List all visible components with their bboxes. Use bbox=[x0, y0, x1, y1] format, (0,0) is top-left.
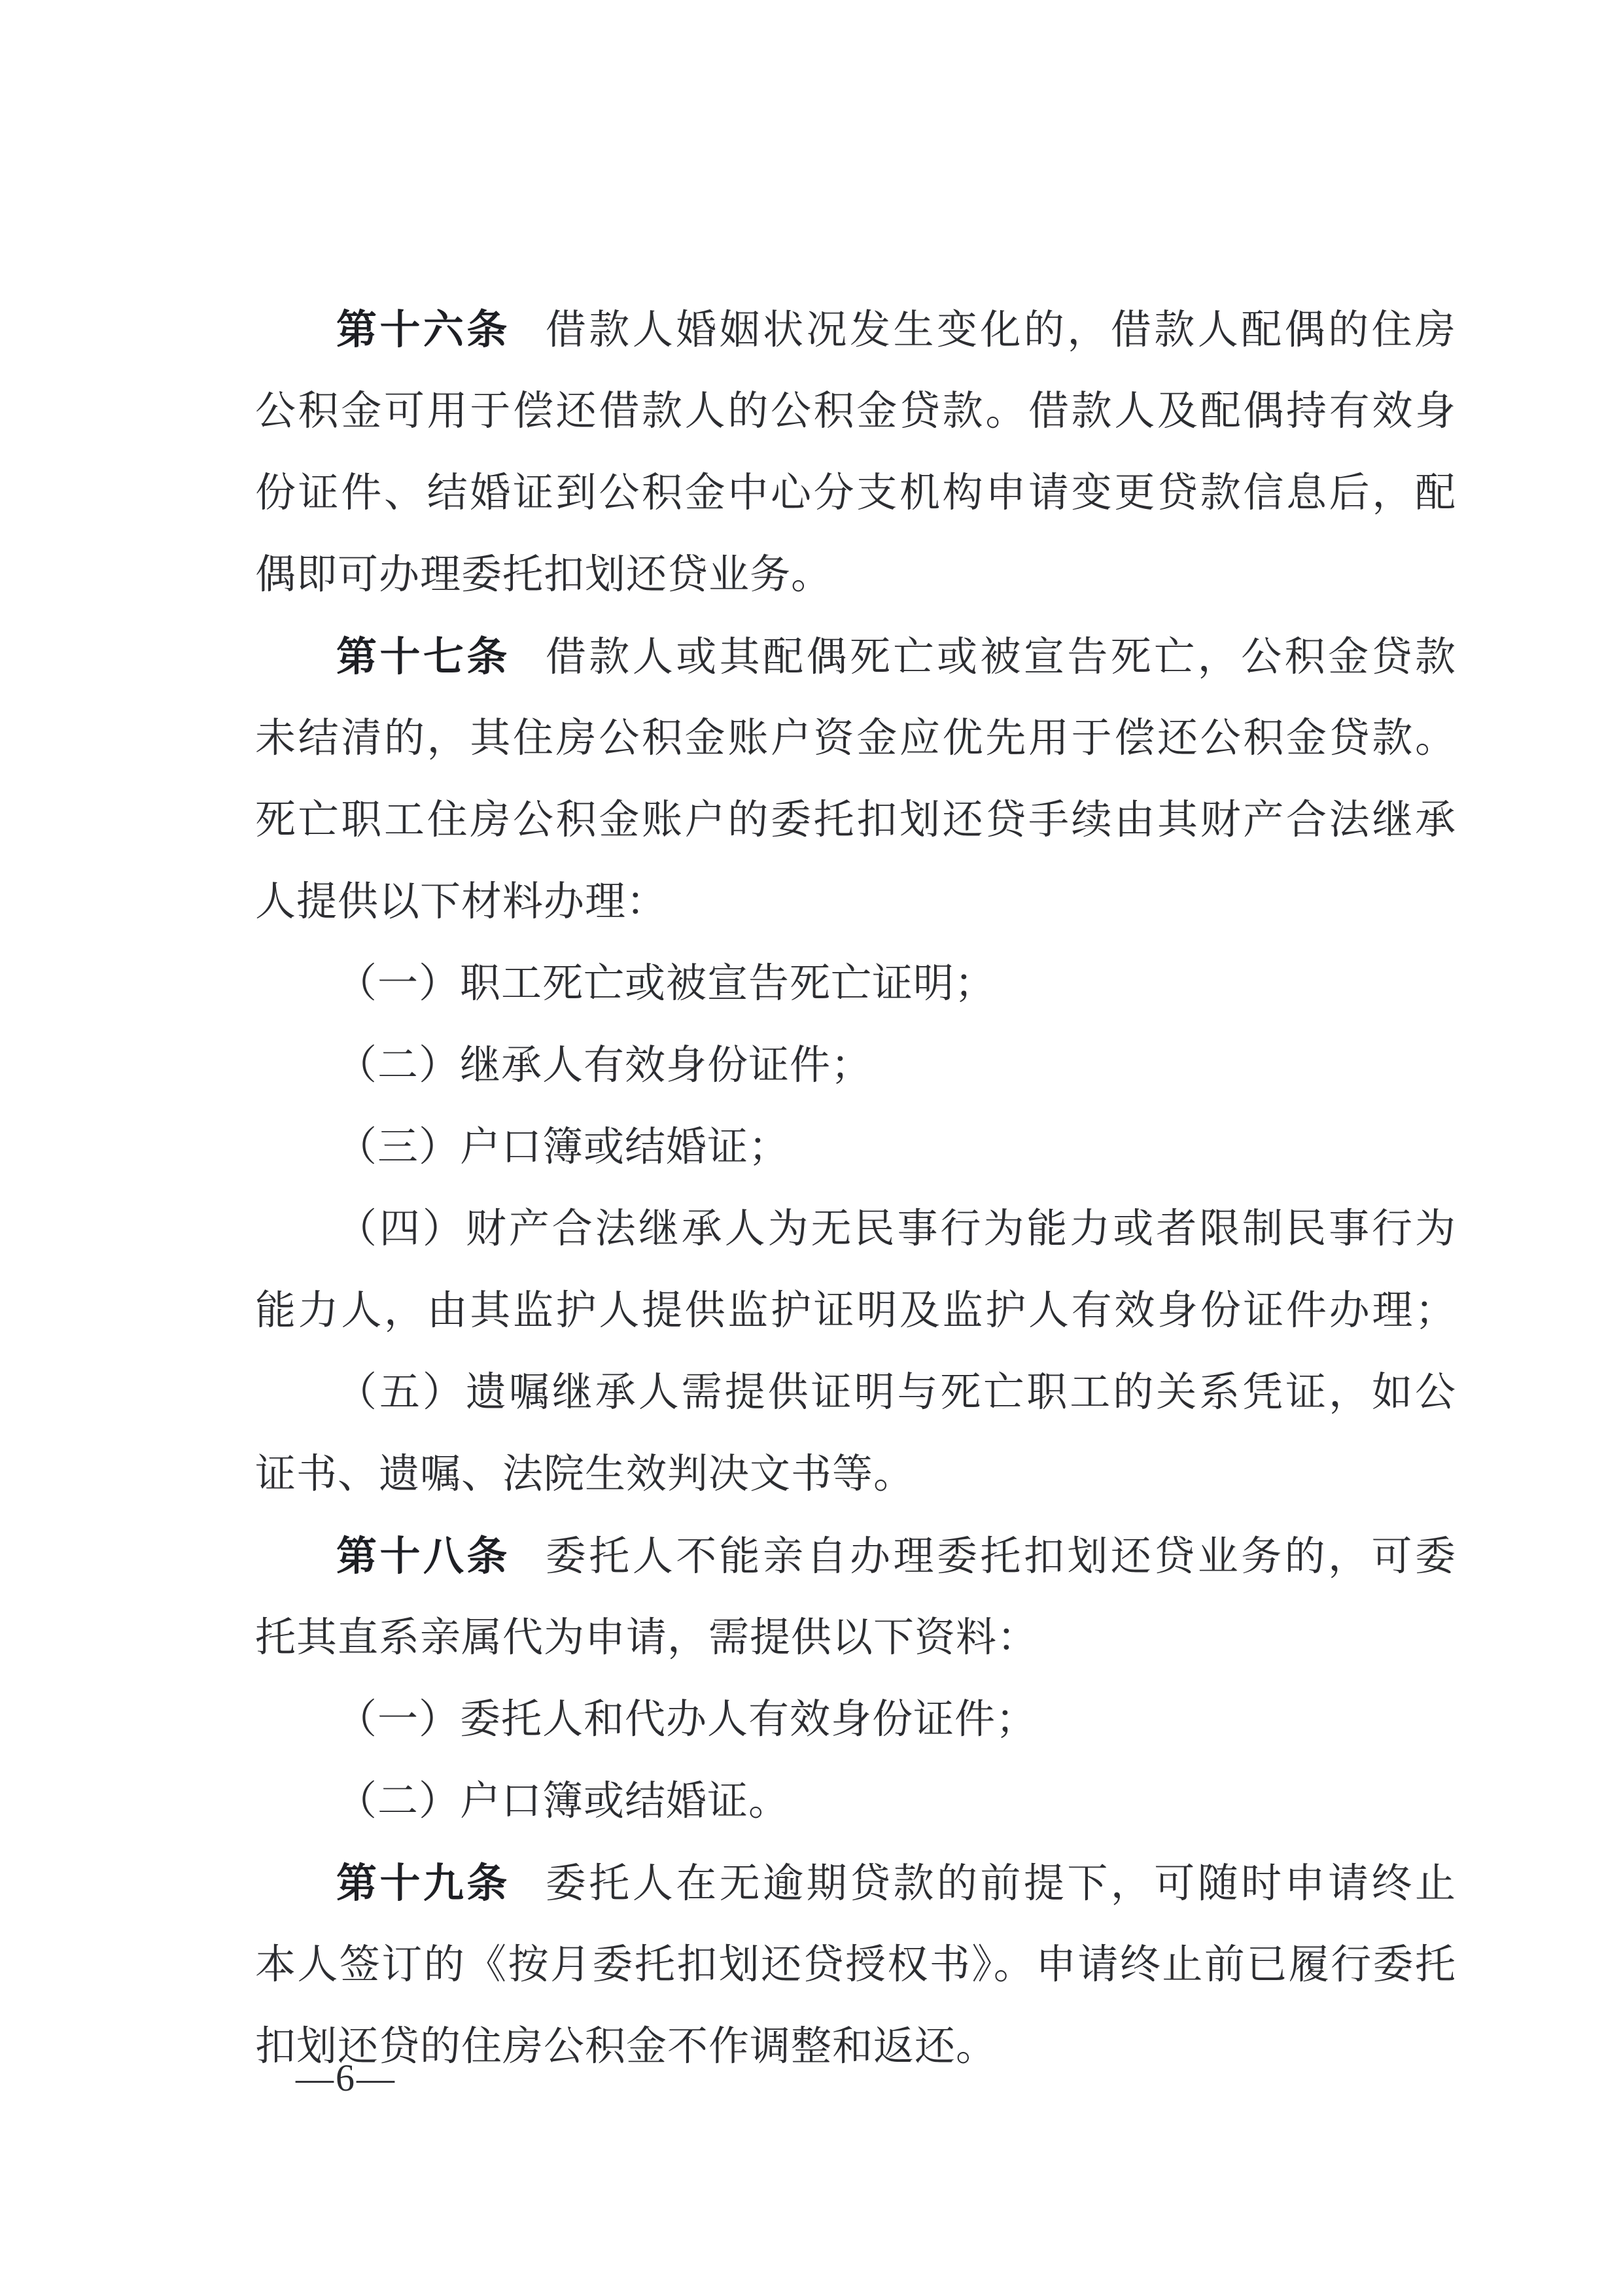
document-line: 未结清的，其住房公积金账户资金应优先用于偿还公积金贷款。 bbox=[255, 698, 1456, 780]
document-line: 第十六条借款人婚姻状况发生变化的，借款人配偶的住房 bbox=[255, 289, 1456, 371]
document-line: 偶即可办理委托扣划还贷业务。 bbox=[255, 534, 1456, 616]
document-line: 第十九条委托人在无逾期贷款的前提下，可随时申请终止 bbox=[255, 1843, 1456, 1924]
document-line: 公积金可用于偿还借款人的公积金贷款。借款人及配偶持有效身 bbox=[255, 371, 1456, 453]
document-line: 本人签订的《按月委托扣划还贷授权书》。申请终止前已履行委托 bbox=[255, 1924, 1456, 2006]
document-line: 扣划还贷的住房公积金不作调整和返还。 bbox=[255, 2006, 1456, 2088]
article-number: 第十七条 bbox=[336, 635, 510, 680]
document-line: （一）职工死亡或被宣告死亡证明； bbox=[255, 943, 1456, 1025]
article-number: 第十九条 bbox=[336, 1861, 510, 1906]
document-line: 证书、遗嘱、法院生效判决文书等。 bbox=[255, 1434, 1456, 1516]
document-line: （三）户口簿或结婚证； bbox=[255, 1107, 1456, 1189]
document-line: （五）遗嘱继承人需提供证明与死亡职工的关系凭证，如公 bbox=[255, 1352, 1456, 1434]
document-line: 死亡职工住房公积金账户的委托扣划还贷手续由其财产合法继承 bbox=[255, 780, 1456, 861]
document-line: 第十七条借款人或其配偶死亡或被宣告死亡，公积金贷款 bbox=[255, 616, 1456, 698]
document-line: （四）财产合法继承人为无民事行为能力或者限制民事行为 bbox=[255, 1189, 1456, 1270]
document-line: （二）户口簿或结婚证。 bbox=[255, 1761, 1456, 1843]
document-line: 第十八条委托人不能亲自办理委托扣划还贷业务的，可委 bbox=[255, 1516, 1456, 1597]
document-line: 托其直系亲属代为申请，需提供以下资料： bbox=[255, 1597, 1456, 1679]
article-text: 借款人婚姻状况发生变化的，借款人配偶的住房 bbox=[546, 308, 1456, 353]
document-body: 第十六条借款人婚姻状况发生变化的，借款人配偶的住房 公积金可用于偿还借款人的公积… bbox=[255, 289, 1456, 2088]
document-line: （一）委托人和代办人有效身份证件； bbox=[255, 1679, 1456, 1761]
page-number: —6— bbox=[296, 2051, 396, 2105]
article-text: 委托人在无逾期贷款的前提下，可随时申请终止 bbox=[546, 1862, 1456, 1906]
document-line: （二）继承人有效身份证件； bbox=[255, 1025, 1456, 1107]
document-line: 人提供以下材料办理： bbox=[255, 861, 1456, 943]
article-number: 第十六条 bbox=[336, 307, 510, 353]
article-number: 第十八条 bbox=[336, 1534, 510, 1579]
document-line: 能力人，由其监护人提供监护证明及监护人有效身份证件办理； bbox=[255, 1270, 1456, 1352]
document-page: 第十六条借款人婚姻状况发生变化的，借款人配偶的住房 公积金可用于偿还借款人的公积… bbox=[0, 0, 1623, 2296]
article-text: 委托人不能亲自办理委托扣划还贷业务的，可委 bbox=[546, 1535, 1456, 1579]
article-text: 借款人或其配偶死亡或被宣告死亡，公积金贷款 bbox=[546, 635, 1456, 680]
document-line: 份证件、结婚证到公积金中心分支机构申请变更贷款信息后，配 bbox=[255, 453, 1456, 534]
